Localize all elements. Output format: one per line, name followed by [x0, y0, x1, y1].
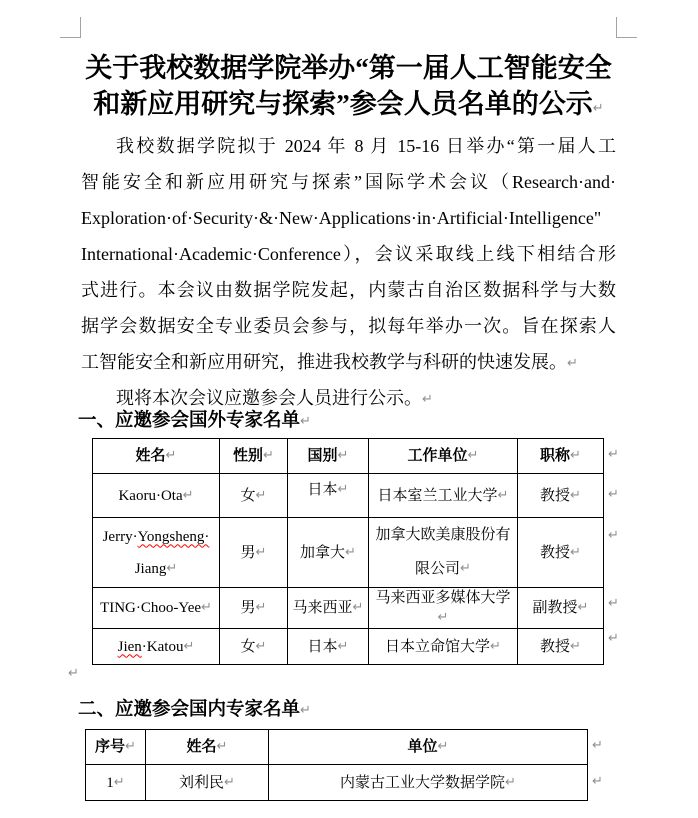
- cell-organization: 马来西亚多媒体大学↵: [369, 588, 518, 629]
- cell-end-mark: ↵: [183, 639, 194, 654]
- cell-name: Jerry·Yongsheng·Jiang↵: [93, 518, 220, 588]
- cell-end-mark: ↵: [256, 545, 267, 560]
- col-header-organization: 工作单位↵: [369, 439, 518, 474]
- cell-country: 日本↵: [288, 474, 369, 518]
- cell-end-mark: ↵: [114, 775, 125, 790]
- foreign-experts-table-wrap: 姓名↵ 性别↵ 国别↵ 工作单位↵ 职称↵ Kaoru·Ota↵ 女↵ 日本↵ …: [92, 438, 604, 665]
- body-line: 式进行。本会议由数据学院发起，内蒙古自治区数据科学与大数: [81, 272, 616, 308]
- body-line: 据学会数据安全专业委员会参与，拟每年举办一次。旨在探索人: [81, 308, 616, 344]
- crop-mark-top-left-vertical: [80, 17, 81, 38]
- paragraph-mark: ↵: [422, 392, 433, 407]
- cell-organization: 内蒙古工业大学数据学院↵: [269, 765, 588, 801]
- col-header-name: 姓名↵: [93, 439, 220, 474]
- row-end-mark: ↵: [592, 774, 603, 789]
- misspelled-word: Jien: [118, 639, 142, 655]
- body-line: 我校数据学院拟于 2024 年 8 月 15-16 日举办“第一届人工: [81, 128, 616, 164]
- row-end-mark: ↵: [608, 528, 619, 543]
- cell-end-mark: ↵: [338, 639, 349, 654]
- cell-organization: 日本室兰工业大学↵: [369, 474, 518, 518]
- col-header-gender: 性别↵: [220, 439, 288, 474]
- cell-end-mark: ↵: [460, 561, 471, 576]
- cell-gender: 女↵: [220, 474, 288, 518]
- cell-name: Kaoru·Ota↵: [93, 474, 220, 518]
- cell-end-mark: ↵: [570, 639, 581, 654]
- cell-end-mark: ↵: [438, 739, 449, 754]
- table-row: Jien·Katou↵ 女↵ 日本↵ 日本立命馆大学↵ 教授↵: [93, 629, 604, 665]
- cell-organization: 加拿大欧美康股份有限公司↵: [369, 518, 518, 588]
- cell-end-mark: ↵: [201, 600, 212, 615]
- table-row: Jerry·Yongsheng·Jiang↵ 男↵ 加拿大↵ 加拿大欧美康股份有…: [93, 518, 604, 588]
- cell-end-mark: ↵: [353, 600, 364, 615]
- paragraph-mark: ↵: [593, 101, 604, 116]
- body-line: International·Academic·Conference），会议采取线…: [81, 236, 616, 272]
- document-title: 关于我校数据学院举办“第一届人工智能安全 和新应用研究与探索”参会人员名单的公示…: [81, 50, 616, 127]
- table-row: TING·Choo-Yee↵ 男↵ 马来西亚↵ 马来西亚多媒体大学↵ 副教授↵: [93, 588, 604, 629]
- table-header-row: 序号↵ 姓名↵ 单位↵: [86, 730, 588, 765]
- cell-end-mark: ↵: [570, 488, 581, 503]
- cell-end-mark: ↵: [217, 739, 228, 754]
- cell-end-mark: ↵: [125, 739, 136, 754]
- body-line: Exploration·of·Security·&·New·Applicatio…: [81, 200, 616, 236]
- cell-name: 刘利民↵: [146, 765, 269, 801]
- cell-end-mark: ↵: [256, 488, 267, 503]
- col-header-country: 国别↵: [288, 439, 369, 474]
- cell-end-mark: ↵: [256, 600, 267, 615]
- row-end-mark: ↵: [608, 631, 619, 646]
- table-row: Kaoru·Ota↵ 女↵ 日本↵ 日本室兰工业大学↵ 教授↵: [93, 474, 604, 518]
- cell-end-mark: ↵: [166, 448, 177, 463]
- col-header-organization: 单位↵: [269, 730, 588, 765]
- col-header-number: 序号↵: [86, 730, 146, 765]
- crop-mark-top-left-horizontal: [60, 37, 81, 38]
- cell-end-mark: ↵: [505, 775, 516, 790]
- table-header-row: 姓名↵ 性别↵ 国别↵ 工作单位↵ 职称↵: [93, 439, 604, 474]
- paragraph-mark: ↵: [68, 666, 79, 681]
- paragraph-mark: ↵: [300, 414, 311, 429]
- paragraph-mark: ↵: [567, 356, 578, 371]
- cell-end-mark: ↵: [578, 600, 589, 615]
- cell-end-mark: ↵: [570, 448, 581, 463]
- cell-title: 教授↵: [518, 474, 604, 518]
- col-header-title: 职称↵: [518, 439, 604, 474]
- cell-end-mark: ↵: [224, 775, 235, 790]
- cell-end-mark: ↵: [166, 561, 177, 576]
- row-end-mark: ↵: [608, 447, 619, 462]
- section1-heading: 一、应邀参会国外专家名单↵: [78, 408, 311, 434]
- crop-mark-top-right-horizontal: [616, 37, 637, 38]
- table-row: 1↵ 刘利民↵ 内蒙古工业大学数据学院↵: [86, 765, 588, 801]
- cell-end-mark: ↵: [338, 448, 349, 463]
- paragraph-mark: ↵: [300, 703, 311, 718]
- document-title-line1: 关于我校数据学院举办“第一届人工智能安全: [81, 50, 616, 86]
- cell-title: 教授↵: [518, 629, 604, 665]
- row-end-mark: ↵: [592, 738, 603, 753]
- cell-country: 日本↵: [288, 629, 369, 665]
- cell-gender: 男↵: [220, 588, 288, 629]
- cell-country: 马来西亚↵: [288, 588, 369, 629]
- cell-gender: 男↵: [220, 518, 288, 588]
- cell-name: TING·Choo-Yee↵: [93, 588, 220, 629]
- body-text: 我校数据学院拟于 2024 年 8 月 15-16 日举办“第一届人工 智能安全…: [81, 128, 616, 416]
- document-page: 关于我校数据学院举办“第一届人工智能安全 和新应用研究与探索”参会人员名单的公示…: [0, 0, 698, 818]
- cell-end-mark: ↵: [468, 448, 479, 463]
- cell-end-mark: ↵: [438, 610, 449, 625]
- crop-mark-top-right-vertical: [616, 17, 617, 38]
- domestic-experts-table: 序号↵ 姓名↵ 单位↵ 1↵ 刘利民↵ 内蒙古工业大学数据学院↵: [85, 729, 588, 801]
- cell-end-mark: ↵: [490, 639, 501, 654]
- body-line: 工智能安全和新应用研究，推进我校教学与科研的快速发展。↵: [81, 344, 616, 380]
- col-header-name: 姓名↵: [146, 730, 269, 765]
- cell-end-mark: ↵: [263, 448, 274, 463]
- cell-title: 教授↵: [518, 518, 604, 588]
- misspelled-word: Yongsheng·: [138, 529, 210, 545]
- cell-name: Jien·Katou↵: [93, 629, 220, 665]
- cell-organization: 日本立命馆大学↵: [369, 629, 518, 665]
- foreign-experts-table: 姓名↵ 性别↵ 国别↵ 工作单位↵ 职称↵ Kaoru·Ota↵ 女↵ 日本↵ …: [92, 438, 604, 665]
- domestic-experts-table-wrap: 序号↵ 姓名↵ 单位↵ 1↵ 刘利民↵ 内蒙古工业大学数据学院↵ ↵ ↵: [85, 729, 588, 801]
- cell-end-mark: ↵: [256, 639, 267, 654]
- row-end-mark: ↵: [608, 487, 619, 502]
- cell-end-mark: ↵: [183, 488, 194, 503]
- row-end-mark: ↵: [608, 596, 619, 611]
- cell-title: 副教授↵: [518, 588, 604, 629]
- section2-heading: 二、应邀参会国内专家名单↵: [78, 697, 311, 723]
- cell-country: 加拿大↵: [288, 518, 369, 588]
- cell-end-mark: ↵: [570, 545, 581, 560]
- cell-end-mark: ↵: [338, 482, 349, 497]
- cell-number: 1↵: [86, 765, 146, 801]
- cell-end-mark: ↵: [498, 488, 509, 503]
- cell-end-mark: ↵: [345, 545, 356, 560]
- cell-gender: 女↵: [220, 629, 288, 665]
- body-line: 智能安全和新应用研究与探索”国际学术会议（Research·and·: [81, 164, 616, 200]
- document-title-line2: 和新应用研究与探索”参会人员名单的公示↵: [81, 86, 616, 127]
